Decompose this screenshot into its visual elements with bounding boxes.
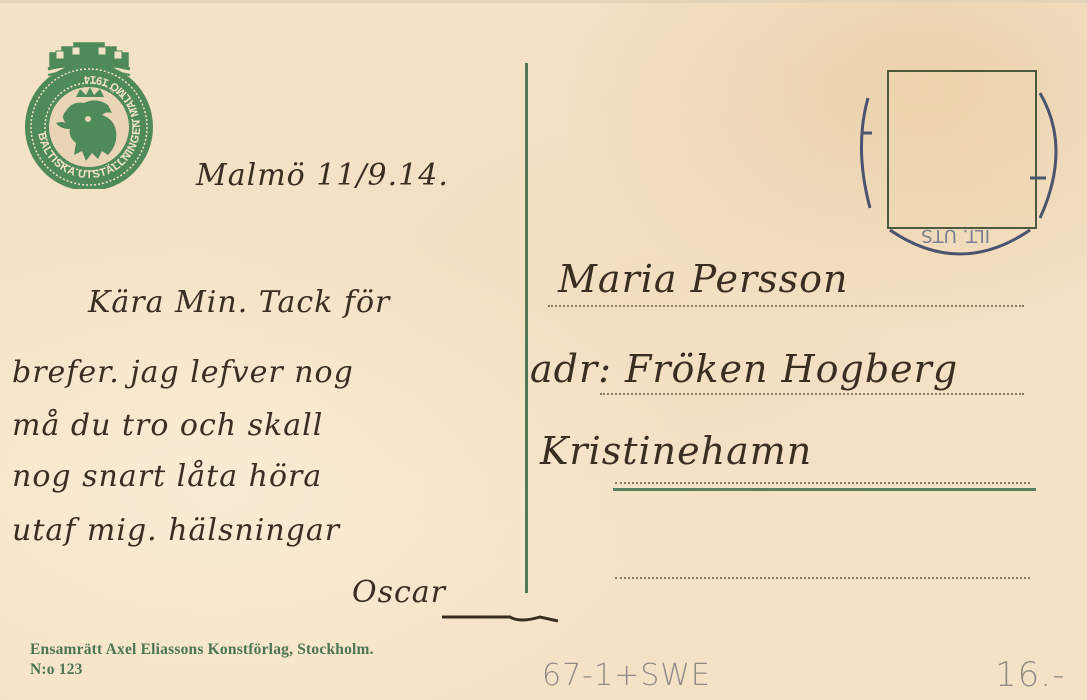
- pencil-price-note: 16.-: [995, 655, 1065, 695]
- griffin-head-crowned-icon: BALTISKA UTSTÄLLNINGEN MALMÖ 1914: [22, 39, 156, 189]
- place-date: Malmö 11/9.14.: [196, 158, 449, 193]
- signature-flourish: [440, 611, 560, 625]
- postcard-back: BALTISKA UTSTÄLLNINGEN MALMÖ 1914 Malmö …: [0, 0, 1087, 700]
- recipient-care-of: adr: Fröken Hogberg: [530, 347, 958, 391]
- recipient-name: Maria Persson: [558, 257, 849, 301]
- publisher-imprint: Ensamrätt Axel Eliassons Konstförlag, St…: [30, 640, 374, 680]
- recipient-city: Kristinehamn: [540, 429, 812, 473]
- exhibition-emblem: BALTISKA UTSTÄLLNINGEN MALMÖ 1914: [22, 39, 156, 189]
- city-underline: [613, 488, 1036, 491]
- address-line-2: [600, 393, 1024, 395]
- publisher-line-1: Ensamrätt Axel Eliassons Konstförlag, St…: [30, 640, 374, 660]
- message-line-3: må du tro och skall: [12, 408, 323, 443]
- pencil-catalog-note: 67-1+SWE: [542, 658, 711, 693]
- address-line-1: [548, 305, 1024, 307]
- publisher-number: N:o 123: [30, 660, 374, 680]
- signature: Oscar: [352, 575, 446, 610]
- message-line-1: Kära Min. Tack för: [88, 285, 390, 320]
- message-address-divider: [525, 63, 528, 593]
- message-line-4: nog snart låta höra: [12, 459, 322, 494]
- svg-text:ILT. UTS: ILT. UTS: [921, 225, 990, 246]
- message-line-5: utaf mig. hälsningar: [12, 513, 340, 548]
- address-line-3: [615, 482, 1030, 484]
- address-line-4: [615, 577, 1030, 579]
- message-line-2: brefer. jag lefver nog: [12, 355, 354, 390]
- postmark-circle-icon: ILT. UTS: [850, 78, 1072, 263]
- postmark: ILT. UTS: [850, 78, 1072, 263]
